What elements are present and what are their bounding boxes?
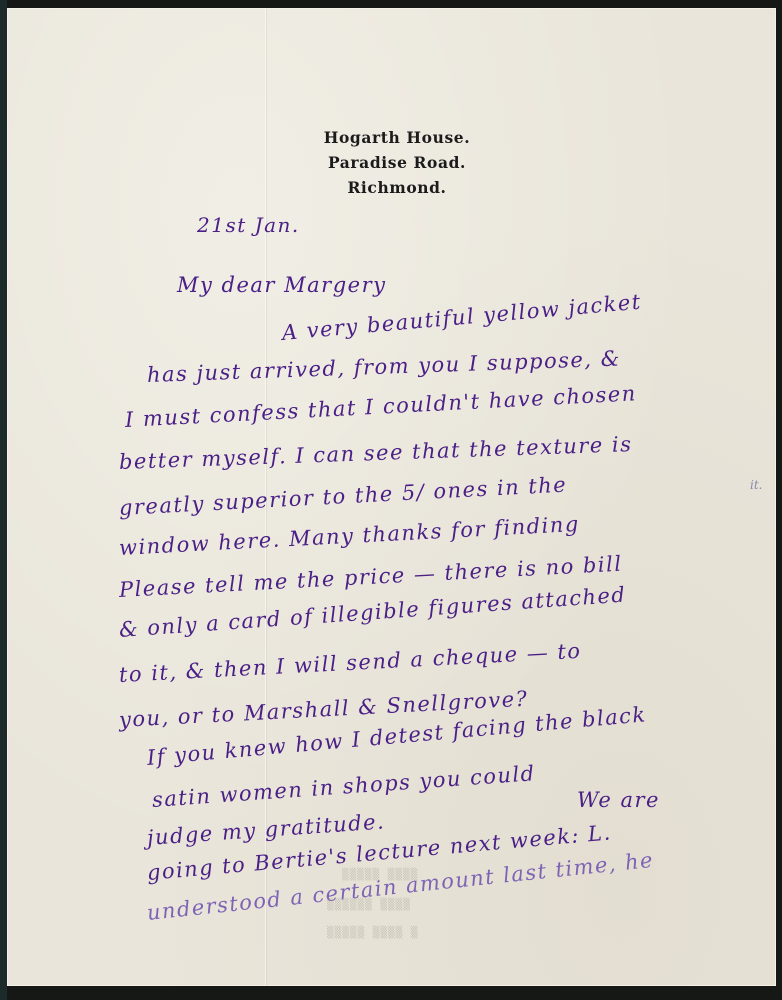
letter-line-6: window here. Many thanks for finding: [118, 512, 580, 560]
letter-line-12: satin women in shops you could: [151, 761, 536, 812]
letterhead-line-2: Paradise Road.: [297, 150, 497, 175]
scan-border: [0, 0, 7, 1000]
letter-line-3: I must confess that I couldn't have chos…: [124, 381, 637, 432]
letter-line-9: to it, & then I will send a cheque — to: [118, 639, 582, 687]
show-through-stamp-3: ▒▒▒▒▒ ▒▒▒▒ ▒: [327, 926, 418, 939]
margin-note: it.: [750, 478, 762, 492]
letter-line-1: A very beautiful yellow jacket: [281, 290, 643, 345]
letterhead-line-3: Richmond.: [297, 175, 497, 200]
letter-date: 21st Jan.: [197, 213, 300, 237]
letter-line-14: We are: [577, 788, 660, 812]
letter-line-5: greatly superior to the 5/ ones in the: [118, 473, 567, 520]
letter-paper: Hogarth House. Paradise Road. Richmond. …: [7, 8, 776, 986]
letter-line-4: better myself. I can see that the textur…: [119, 432, 633, 474]
letter-salutation: My dear Margery: [177, 273, 386, 297]
letter-line-2: has just arrived, from you I suppose, &: [147, 346, 622, 387]
letterhead-line-1: Hogarth House.: [297, 125, 497, 150]
show-through-stamp-1: ▒▒▒▒▒ ▒▒▒▒: [342, 868, 418, 881]
show-through-stamp-2: ▒▒▒▒▒▒ ▒▒▒▒: [327, 898, 411, 911]
letterhead: Hogarth House. Paradise Road. Richmond.: [297, 125, 497, 200]
